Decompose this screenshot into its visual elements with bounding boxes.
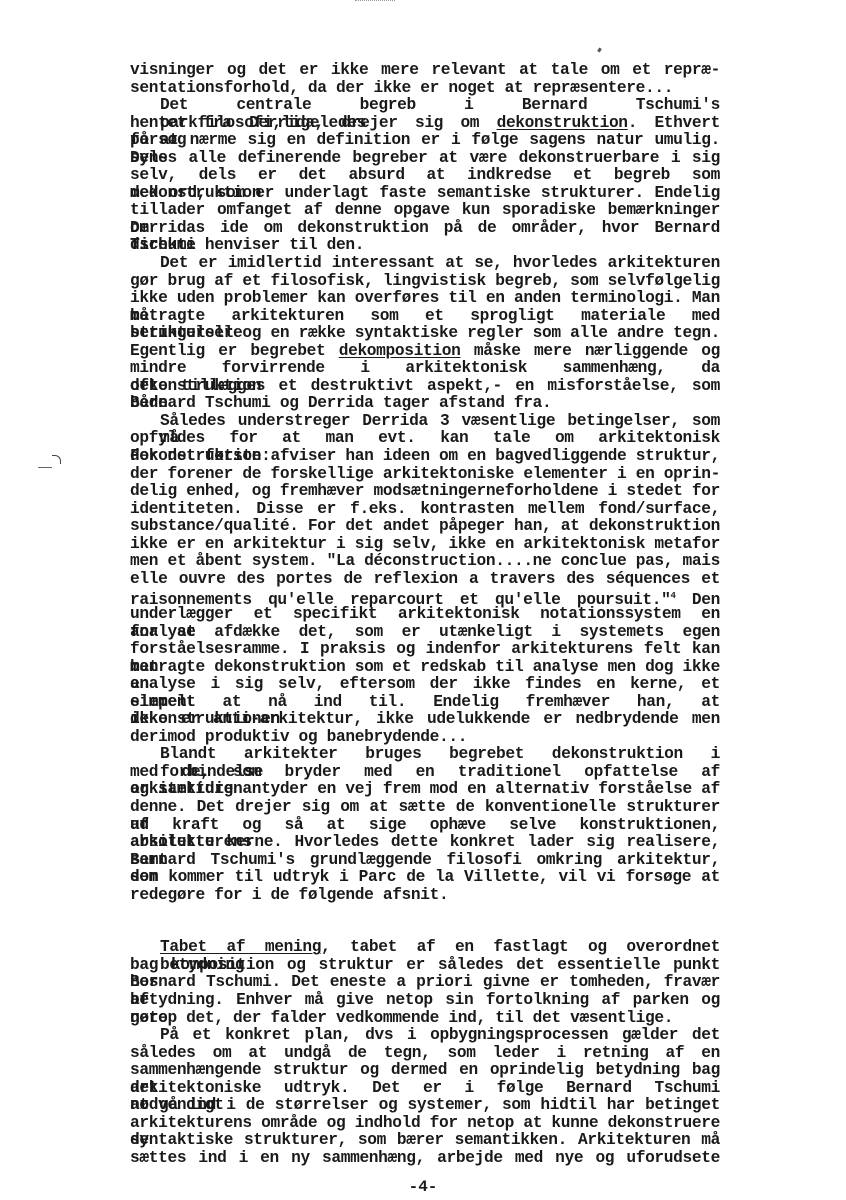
text-line: på at nærme sig en definition er i følge… <box>130 132 720 150</box>
text-line: absolutte kerne. Hvorledes dette konkret… <box>130 834 720 852</box>
text-line: den kommer til udtryk i Parc de la Ville… <box>130 869 720 887</box>
scan-artifact-mark <box>597 48 602 53</box>
underlined-term: dekomposition <box>339 342 461 360</box>
text-line: analyse i sig selv, eftersom der ikke fi… <box>130 676 720 694</box>
text-line: arkitektoniske udtryk. Det er i følge Be… <box>130 1080 720 1098</box>
text-line: redegøre for i de følgende afsnit. <box>130 887 720 905</box>
text-line: sentationsforhold, da der ikke er noget … <box>130 80 720 98</box>
text-line: visninger og det er ikke mere relevant a… <box>130 62 720 80</box>
page-number: -4- <box>0 1178 846 1196</box>
text-line: element at nå ind til. Endelig fremhæver… <box>130 694 720 712</box>
text-line: Tabet af mening, tabet af en fastlagt og… <box>130 939 720 957</box>
text-line: Bernard Tschumi. Det eneste a priori giv… <box>130 974 720 992</box>
margin-hole-mark <box>52 455 61 464</box>
text-line: denne. Det drejer sig om at sætte de kon… <box>130 799 720 817</box>
text-line: ikke er en arkitektur i sig selv, ikke e… <box>130 536 720 554</box>
text-line: af kraft og så at sige ophæve selve kons… <box>130 817 720 835</box>
text-line: derimod produktiv og banebrydende... <box>130 729 720 747</box>
text-line: elle ouvre des portes de reflexion a tra… <box>130 571 720 589</box>
text-line: raisonnements qu'elle repar­court et qu'… <box>130 588 720 606</box>
text-line: ikke er anti-arkitektur, ikke udelukkend… <box>130 711 720 729</box>
text-line: Det centrale begreb i Bernard Tschumi's … <box>130 97 720 115</box>
text-line: for at afdække det, som er utænkeligt i … <box>130 624 720 642</box>
text-line: der forener de forskellige arkitektonisk… <box>130 466 720 484</box>
text-line: delig enhed, og fremhæver modsætningerne… <box>130 483 720 501</box>
margin-hole-mark-line <box>38 467 52 468</box>
text-line: ikke uden problemer kan overføres til en… <box>130 290 720 308</box>
text-line: Således understreger Derrida 3 væsentlig… <box>130 413 720 431</box>
underlined-term: Tabet af mening <box>160 938 321 956</box>
text-line: sammenhængende struktur og dermed en opr… <box>130 1062 720 1080</box>
text-line: selv, dels er det absurd at indkredse et… <box>130 167 720 185</box>
text-line: Det er imidlertid interessant at se, hvo… <box>130 255 720 273</box>
text-line: synes alle definerende begreber at være … <box>130 150 720 168</box>
text-line: sættes ind i en ny sammenhæng, arbejde m… <box>130 1150 720 1168</box>
text-line: ofte tillægges et destruktivt aspekt,- e… <box>130 378 720 396</box>
text-line: at gå ind i de størrelser og systemer, s… <box>130 1097 720 1115</box>
text-line: betragte arkitekturen som et sprogligt m… <box>130 308 720 326</box>
text-line: gør brug af et filosofisk, lingvistisk b… <box>130 273 720 291</box>
text-line: betragte dekonstruktion som et redskab t… <box>130 659 720 677</box>
document-body: visninger og det er ikke mere relevant a… <box>130 62 720 1167</box>
text-line: Egentlig er begrebet dekomposition måske… <box>130 343 720 361</box>
text-line: tillader omfanget af denne opgave kun sp… <box>130 202 720 220</box>
blank-line <box>130 922 720 940</box>
text-line: identiteten. Disse er f.eks. kontrasten … <box>130 501 720 519</box>
text-line: direkte henviser til den. <box>130 237 720 255</box>
text-line: med ord, som er underlagt faste semantis… <box>130 185 720 203</box>
text-line: netop det, der falder vedkommende ind, t… <box>130 1010 720 1028</box>
text-line: således om at undgå de tegn, som leder i… <box>130 1045 720 1063</box>
blank-line <box>130 904 720 922</box>
text-line: med de, som bryder med en traditionel op… <box>130 764 720 782</box>
scan-artifact-top <box>355 0 395 3</box>
text-line: betydning. Enhver må give netop sin fort… <box>130 992 720 1010</box>
text-line: opfyldes for at man evt. kan tale om ark… <box>130 430 720 448</box>
text-line: syntaktiske strukturer, som bærer semant… <box>130 1132 720 1150</box>
text-line: men et åbent system. "La déconstruction.… <box>130 553 720 571</box>
text-line: Bernard Tschumi og Derrida tager afstand… <box>130 395 720 413</box>
text-line: Bernard Tschumi's grundlæggende filosofi… <box>130 852 720 870</box>
text-line: Derridas ide om dekonstruktion på de omr… <box>130 220 720 238</box>
text-line: På et konkret plan, dvs i opbygningsproc… <box>130 1027 720 1045</box>
text-line: For det første afviser han ideen om en b… <box>130 448 720 466</box>
text-line: betingelser og en række syntaktiske regl… <box>130 325 720 343</box>
text-line: mindre forvirrende i arkitektonisk samme… <box>130 360 720 378</box>
text-line: og samtidig antyder en vej frem mod en a… <box>130 781 720 799</box>
text-line: forståelsesramme. I praksis og indenfor … <box>130 641 720 659</box>
text-line: Blandt arkitekter bruges begrebet dekons… <box>130 746 720 764</box>
text-line: bag komposition og struktur er således d… <box>130 957 720 975</box>
text-line: arkitekturens område og indhold for neto… <box>130 1115 720 1133</box>
underlined-term: dekonstruktion <box>497 114 628 132</box>
text-line: hentet fra Derrida, drejer sig om dekons… <box>130 115 720 133</box>
text-line: substance/qualité. For det andet påpeger… <box>130 518 720 536</box>
text-line: underlægger et specifikt arkitektonisk n… <box>130 606 720 624</box>
